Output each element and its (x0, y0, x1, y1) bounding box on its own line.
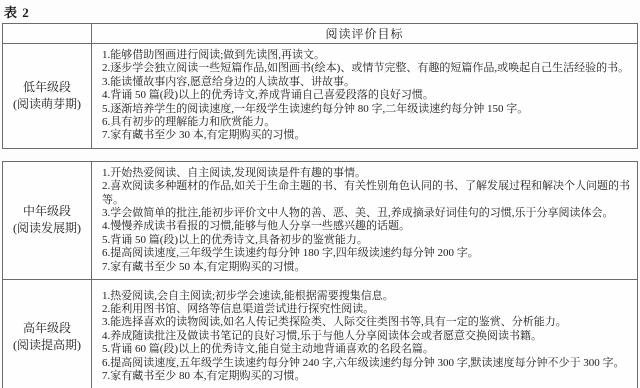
goal-item: 7.家有藏书至少 30 本,有定期购买的习惯。 (102, 129, 632, 142)
goal-item: 7.家有藏书至少 80 本,有定期购买的习惯。 (102, 370, 632, 383)
goal-item: 4.养成随读批注及做读书笔记的良好习惯,乐于与他人分享阅读体会或者愿意交换阅读书… (102, 330, 632, 343)
stage-name: 低年级段 (3, 79, 91, 96)
table-gap (2, 149, 638, 161)
goals-cell: 1.热爱阅读,会自主阅读;初步学会速读,能根据需要搜集信息。 2.能利用图书馆、… (92, 280, 638, 388)
stage-label-cell: 高年级段 (阅读提高期) (3, 280, 92, 388)
goal-item: 1.能够借助图画进行阅读;做到先读图,再读文。 (102, 49, 632, 62)
goal-item: 6.提高阅读速度,三年级学生读速约每分钟 180 字,四年级读速约每分钟 200… (102, 247, 632, 260)
goal-item: 6.提高阅读速度,五年级学生读速约每分钟 240 字,六年级读速约每分钟 300… (102, 357, 632, 370)
stage-label-cell: 中年级段 (阅读发展期) (3, 161, 92, 279)
goal-item: 4.慢慢养成读书看报的习惯,能够与他人分享一些感兴趣的话题。 (102, 220, 632, 233)
table-row-low-grade: 低年级段 (阅读萌芽期) 1.能够借助图画进行阅读;做到先读图,再读文。 2.逐… (3, 44, 638, 149)
goal-item: 3.学会做简单的批注,能初步评价文中人物的善、恶、美、丑,养成摘录好词佳句的习惯… (102, 207, 632, 220)
stage-label-cell: 低年级段 (阅读萌芽期) (3, 44, 92, 149)
goal-item: 1.热爱阅读,会自主阅读;初步学会速读,能根据需要搜集信息。 (102, 290, 632, 303)
table-row-middle-grade: 中年级段 (阅读发展期) 1.开始热爱阅读、自主阅读,发现阅读是件有趣的事情。 … (3, 161, 638, 279)
document-page: 表 2 阅读评价目标 低年级段 (阅读萌芽期) 1.能够借助图画进行阅读;做到先… (0, 0, 640, 388)
table-caption: 表 2 (2, 2, 638, 23)
stage-period: (阅读提高期) (3, 337, 91, 354)
stage-period: (阅读萌芽期) (3, 96, 91, 113)
goal-item: 5.背诵 50 篇(段)以上的优秀诗文,具备初步的鉴赏能力。 (102, 234, 632, 247)
goal-item: 1.开始热爱阅读、自主阅读,发现阅读是件有趣的事情。 (102, 167, 632, 180)
reading-goals-table-upper: 阅读评价目标 低年级段 (阅读萌芽期) 1.能够借助图画进行阅读;做到先读图,再… (2, 23, 638, 149)
goals-cell: 1.开始热爱阅读、自主阅读,发现阅读是件有趣的事情。 2.喜欢阅读多种题材的作品… (92, 161, 638, 279)
goal-item: 2.逐步学会独立阅读一些短篇作品,如图画书(绘本)、或情节完整、有趣的短篇作品,… (102, 62, 632, 75)
goal-item: 3.能读懂故事内容,愿意给身边的人读故事、讲故事。 (102, 76, 632, 89)
stage-name: 高年级段 (3, 320, 91, 337)
goal-item: 6.具有初步的理解能力和欣赏能力。 (102, 116, 632, 129)
goal-item: 3.能选择喜欢的读物阅读,如名人传记类探险类、人际交往类图书等,具有一定的鉴赏、… (102, 316, 632, 329)
goal-item: 2.喜欢阅读多种题材的作品,如关于生命主题的书、有关性别角色认同的书、了解发展过… (102, 180, 632, 207)
stage-period: (阅读发展期) (3, 220, 91, 237)
goals-cell: 1.能够借助图画进行阅读;做到先读图,再读文。 2.逐步学会独立阅读一些短篇作品… (92, 44, 638, 149)
goal-item: 2.能利用图书馆、网络等信息渠道尝试进行探究性阅读。 (102, 303, 632, 316)
goal-item: 4.背诵 50 篇(段)以上的优秀诗文,养成背诵自己喜爱段落的良好习惯。 (102, 89, 632, 102)
header-empty-cell (3, 24, 92, 44)
goal-item: 5.逐渐培养学生的阅读速度,一年级学生读速约每分钟 80 字,二年级读速约每分钟… (102, 103, 632, 116)
reading-goals-table-lower: 中年级段 (阅读发展期) 1.开始热爱阅读、自主阅读,发现阅读是件有趣的事情。 … (2, 161, 638, 388)
table-header-row: 阅读评价目标 (3, 24, 638, 44)
goal-item: 5.背诵 60 篇(段)以上的优秀诗文,能自觉主动地背诵喜欢的名段名篇。 (102, 343, 632, 356)
goal-column-header: 阅读评价目标 (92, 24, 638, 44)
stage-name: 中年级段 (3, 203, 91, 220)
table-row-high-grade: 高年级段 (阅读提高期) 1.热爱阅读,会自主阅读;初步学会速读,能根据需要搜集… (3, 280, 638, 388)
goal-item: 7.家有藏书至少 50 本,有定期购买的习惯。 (102, 261, 632, 274)
